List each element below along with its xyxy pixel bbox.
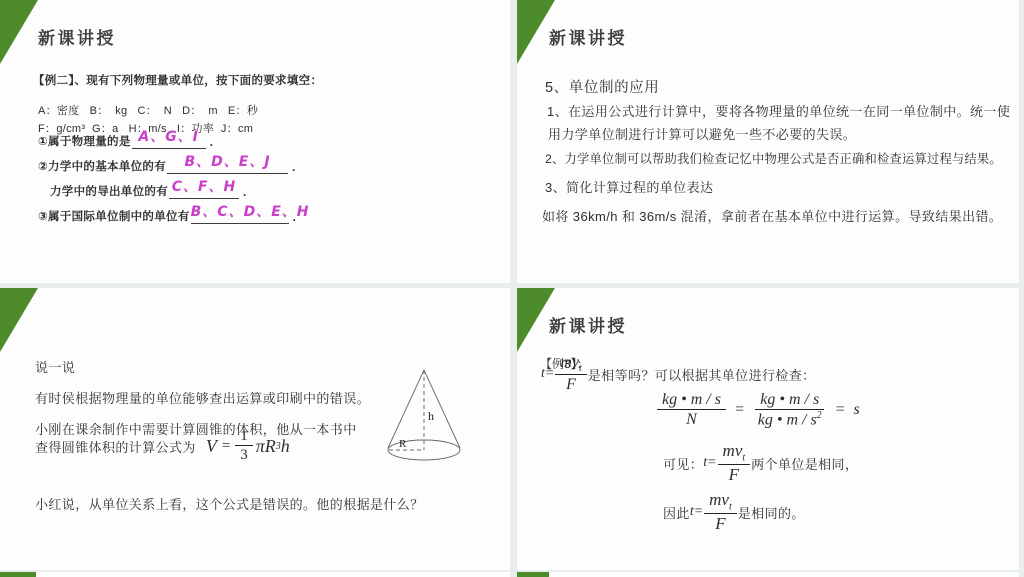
denominator-units: kg • m / s [758,411,817,428]
point1-line2: 用力学单位制进行计算可以避免一些不必要的失误。 [548,124,856,143]
formula-tail: h [281,436,290,457]
slide-example2-units-quiz: 新课讲授 【例二】、现有下列物理量或单位，按下面的要求填空： A：密度 B： k… [0,0,510,283]
question-label: ③属于国际单位制中的单位有 [38,208,190,224]
bl-line4: 小红说，从单位关系上看，这个公式是错误的。他的根据是什么？ [35,494,424,513]
fraction-denominator: N [681,410,702,429]
question-label: 力学中的导出单位的有 [50,183,168,199]
next-row-slide-sliver [0,572,510,577]
t-equals: t= [541,366,554,382]
t-equals: t= [690,504,703,520]
question-label: ①属于物理量的是 [38,133,131,149]
slide-title: 新课讲授 [549,24,627,49]
answer-blank: A、G、I [132,132,206,149]
cone-height-label: h [428,409,434,423]
corner-accent-triangle-icon [0,288,38,352]
fraction-numerator: 1 [235,428,253,446]
point1-line1: 1、在运用公式进行计算中，要将各物理量的单位统一在同一单位制中。统一使 [547,101,1010,120]
fraction-kgms-over-kgms2: kg • m / s kg • m / s2 [753,391,827,430]
question-row: ②力学中的基本单位的有B、D、E、J. [38,157,295,174]
corner-accent-triangle-icon [0,0,38,64]
fraction-mv-over-F: mvt F [718,441,751,485]
question-row: ③属于国际单位制中的单位有B、C、D、E、H. [38,207,296,224]
equals-sign: = [835,401,846,419]
example2-heading: 【例二】、现有下列物理量或单位，按下面的要求填空： [33,72,322,88]
handwritten-answer: A、G、I [132,126,206,146]
result-unit: s [853,401,859,419]
fraction-denominator: F [724,465,744,485]
fraction-numerator: kg • m / s [657,391,726,410]
formula-prefix: 查得圆锥体积的计算公式为 [35,437,196,456]
conclusion1-prefix: 可见： [663,454,703,473]
period: . [210,135,213,149]
equals-sign: = [222,438,230,455]
handwritten-answer: C、F、H [169,176,239,196]
period: . [292,160,295,174]
fraction-denominator: 3 [235,446,253,464]
note-example: 如将 36km/h 和 36m/s 混淆，拿前者在基本单位中进行运算。导致结果出… [542,206,1002,225]
intro-question: 是相等吗？可以根据其单位进行检查： [588,365,816,384]
cone-figure: h R [382,360,466,464]
slide-title: 新课讲授 [549,312,627,337]
slide-cone-volume-discussion: 说一说 有时侯根据物理量的单位能够查出运算或印刷中的错误。 小刚在课余制作中需要… [0,288,510,570]
fraction-numerator: mvt [555,354,586,376]
fraction-numerator: mvt [718,441,751,465]
question-row: 力学中的导出单位的有C、F、H. [50,182,246,199]
next-row-slide-sliver [517,572,1019,577]
conclusion1-suffix: 两个单位是相同， [751,454,858,473]
conclusion2-prefix: 因此 [663,503,690,522]
fraction-one-third: 1 3 [235,428,253,464]
mv-symbol: mv [723,441,743,460]
unit-check-equation: kg • m / s N = kg • m / s kg • m / s2 = … [657,386,860,434]
mv-symbol: mv [709,490,729,509]
fraction-kgms-over-N: kg • m / s N [657,391,726,430]
bl-line1: 有时侯根据物理量的单位能够查出运算或印刷中的错误。 [35,388,370,407]
fraction-mv-over-F: mvt F [704,490,737,534]
superscript-2: 2 [817,410,822,421]
period: . [243,185,246,199]
equals-sign: = [734,401,745,419]
fraction-denominator: F [561,375,581,394]
fraction-denominator: kg • m / s2 [753,410,827,430]
conclusion1-row: 可见： t= mvt F 两个单位是相同， [663,438,858,488]
subscript-t: t [579,363,582,374]
talk-heading: 说一说 [35,357,75,376]
formula-body: πR [256,436,276,457]
slide-unit-system-application: 新课讲授 5、单位制的应用 1、在运用公式进行计算中，要将各物理量的单位统一在同… [517,0,1019,283]
question-label: ②力学中的基本单位的有 [38,158,166,174]
fraction-numerator: kg • m / s [755,391,824,410]
mv-symbol: mv [560,354,579,371]
point3: 3、简化计算过程的单位表达 [545,177,713,196]
subscript-t: t [742,452,745,463]
answer-blank: B、D、E、J [167,157,288,174]
formula-lhs: V [206,436,217,457]
handwritten-answer: B、D、E、J [167,151,288,171]
conclusion2-row: 因此 t= mvt F 是相同的。 [663,486,805,538]
answer-blank: C、F、H [169,182,239,199]
fraction-numerator: mvt [704,490,737,514]
next-row-corner-accent-icon [517,572,549,577]
slide-example3-unit-check: 新课讲授 【例3】： t= mvt F 是相等吗？可以根据其单位进行检查： kg… [517,288,1019,570]
volume-formula-row: 查得圆锥体积的计算公式为 V = 1 3 πR3h [35,424,290,468]
slide-title: 新课讲授 [38,24,116,49]
fraction-mv-over-F: mvt F [555,354,586,395]
options-line-1: A：密度 B： kg C： N D： m E：秒 [38,102,258,118]
handwritten-answer: B、C、D、E、H [191,201,289,221]
point2: 2、力学单位制可以帮助我们检查记忆中物理公式是否正确和检查运算过程与结果。 [545,149,1002,167]
cone-radius-label: R [399,438,407,450]
subscript-t: t [729,501,732,512]
conclusion2-suffix: 是相同的。 [738,503,805,522]
next-row-corner-accent-icon [0,572,36,577]
answer-blank: B、C、D、E、H [191,207,289,224]
question-row: ①属于物理量的是A、G、I. [38,132,213,149]
fraction-denominator: F [710,514,730,534]
section-heading: 5、单位制的应用 [545,76,659,97]
t-equals: t= [703,455,716,471]
